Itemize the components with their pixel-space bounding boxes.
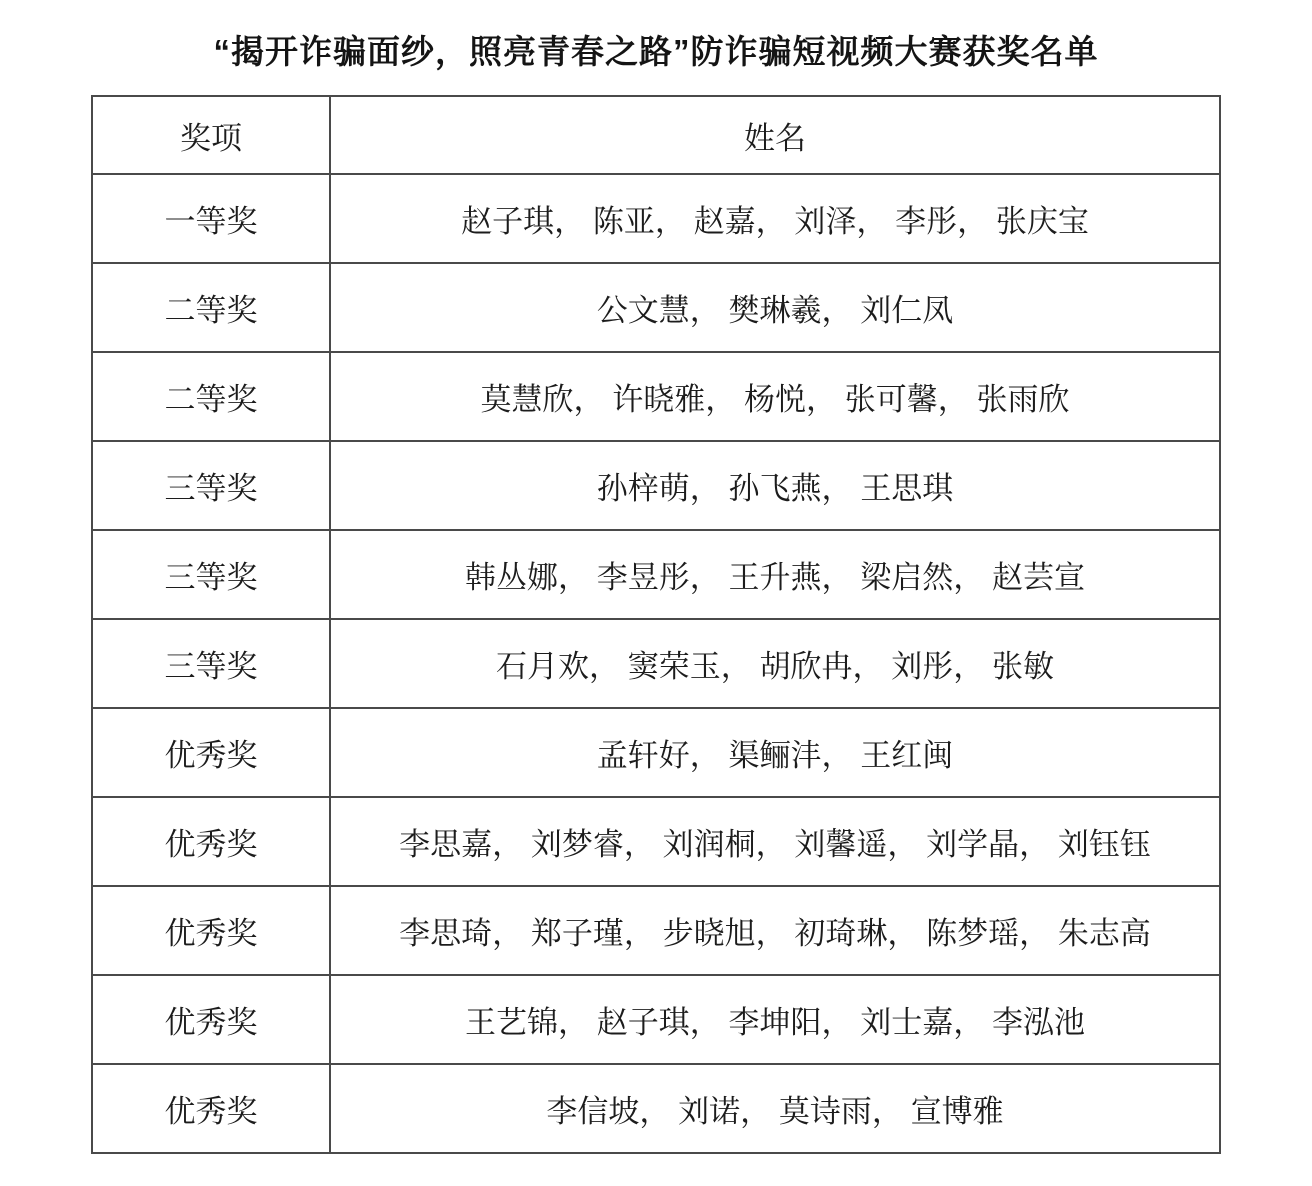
award-cell: 优秀奖 <box>92 886 330 975</box>
table-row: 三等奖 韩丛娜， 李昱彤， 王升燕， 梁启然， 赵芸宣 <box>92 530 1220 619</box>
award-cell: 优秀奖 <box>92 975 330 1064</box>
award-cell: 三等奖 <box>92 619 330 708</box>
names-cell: 王艺锦， 赵子琪， 李坤阳， 刘士嘉， 李泓池 <box>330 975 1220 1064</box>
names-cell: 李思琦， 郑子瑾， 步晓旭， 初琦琳， 陈梦瑶， 朱志高 <box>330 886 1220 975</box>
names-cell: 莫慧欣， 许晓雅， 杨悦， 张可馨， 张雨欣 <box>330 352 1220 441</box>
names-cell: 石月欢， 窦荣玉， 胡欣冉， 刘彤， 张敏 <box>330 619 1220 708</box>
table-row: 优秀奖 李信坡， 刘诺， 莫诗雨， 宣博雅 <box>92 1064 1220 1153</box>
table-row: 优秀奖 王艺锦， 赵子琪， 李坤阳， 刘士嘉， 李泓池 <box>92 975 1220 1064</box>
table-row: 优秀奖 李思琦， 郑子瑾， 步晓旭， 初琦琳， 陈梦瑶， 朱志高 <box>92 886 1220 975</box>
names-cell: 韩丛娜， 李昱彤， 王升燕， 梁启然， 赵芸宣 <box>330 530 1220 619</box>
award-cell: 优秀奖 <box>92 797 330 886</box>
names-cell: 公文慧， 樊琳羲， 刘仁凤 <box>330 263 1220 352</box>
award-cell: 二等奖 <box>92 352 330 441</box>
award-cell: 优秀奖 <box>92 708 330 797</box>
award-cell: 三等奖 <box>92 530 330 619</box>
names-cell: 赵子琪， 陈亚， 赵嘉， 刘泽， 李彤， 张庆宝 <box>330 174 1220 263</box>
table-row: 二等奖 莫慧欣， 许晓雅， 杨悦， 张可馨， 张雨欣 <box>92 352 1220 441</box>
table-row: 三等奖 孙梓萌， 孙飞燕， 王思琪 <box>92 441 1220 530</box>
table-row: 优秀奖 孟轩好， 渠鲡沣， 王红闽 <box>92 708 1220 797</box>
column-header-award: 奖项 <box>92 96 330 174</box>
page-title: “揭开诈骗面纱，照亮青春之路”防诈骗短视频大赛获奖名单 <box>0 26 1312 73</box>
names-cell: 孙梓萌， 孙飞燕， 王思琪 <box>330 441 1220 530</box>
column-header-names: 姓名 <box>330 96 1220 174</box>
award-cell: 二等奖 <box>92 263 330 352</box>
names-cell: 李思嘉， 刘梦睿， 刘润桐， 刘馨遥， 刘学晶， 刘钰钰 <box>330 797 1220 886</box>
table-row: 优秀奖 李思嘉， 刘梦睿， 刘润桐， 刘馨遥， 刘学晶， 刘钰钰 <box>92 797 1220 886</box>
names-cell: 孟轩好， 渠鲡沣， 王红闽 <box>330 708 1220 797</box>
table-row: 一等奖 赵子琪， 陈亚， 赵嘉， 刘泽， 李彤， 张庆宝 <box>92 174 1220 263</box>
table-header-row: 奖项 姓名 <box>92 96 1220 174</box>
awards-table: 奖项 姓名 一等奖 赵子琪， 陈亚， 赵嘉， 刘泽， 李彤， 张庆宝 二等奖 公… <box>91 95 1221 1154</box>
award-cell: 优秀奖 <box>92 1064 330 1153</box>
names-cell: 李信坡， 刘诺， 莫诗雨， 宣博雅 <box>330 1064 1220 1153</box>
table-row: 三等奖 石月欢， 窦荣玉， 胡欣冉， 刘彤， 张敏 <box>92 619 1220 708</box>
table-row: 二等奖 公文慧， 樊琳羲， 刘仁凤 <box>92 263 1220 352</box>
award-cell: 一等奖 <box>92 174 330 263</box>
award-cell: 三等奖 <box>92 441 330 530</box>
